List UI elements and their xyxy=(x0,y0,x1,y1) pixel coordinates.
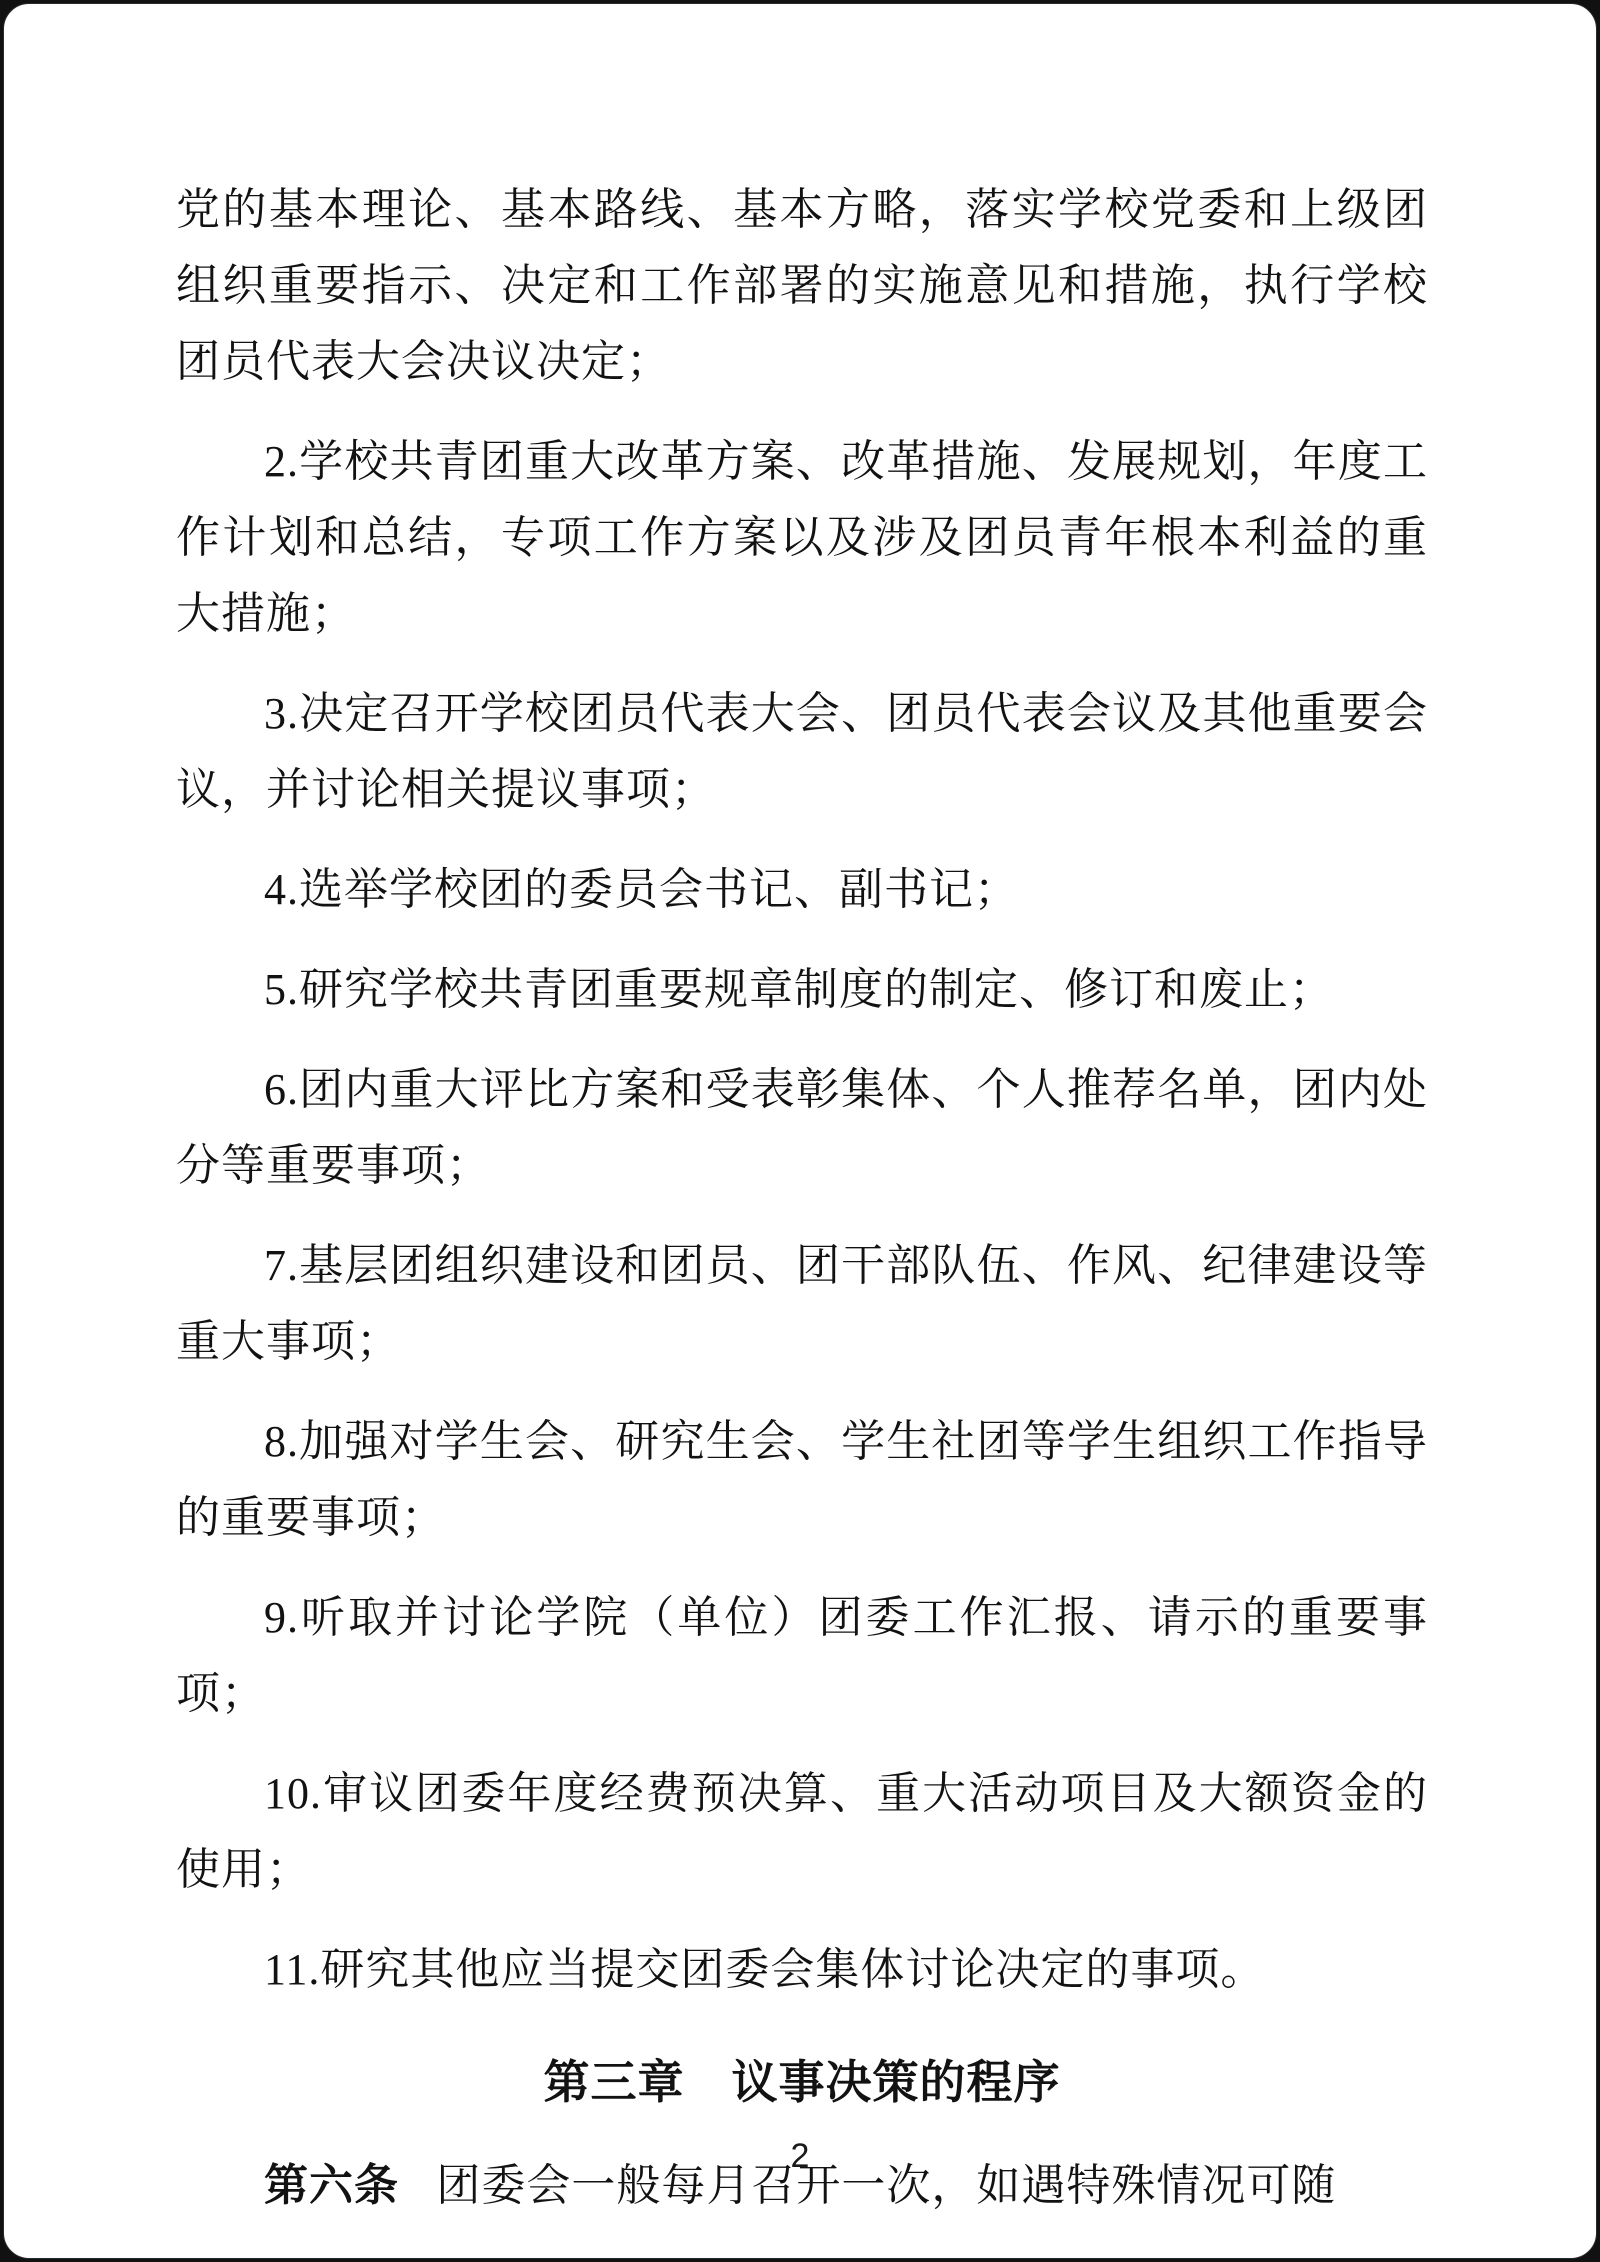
list-item-10: 10.审议团委年度经费预决算、重大活动项目及大额资金的使用； xyxy=(176,1756,1428,1908)
list-item-7: 7.基层团组织建设和团员、团干部队伍、作风、纪律建设等重大事项； xyxy=(176,1228,1428,1380)
list-item-11: 11.研究其他应当提交团委会集体讨论决定的事项。 xyxy=(176,1932,1428,2008)
page-number: 2 xyxy=(4,2137,1596,2176)
list-item-9: 9.听取并讨论学院（单位）团委工作汇报、请示的重要事项； xyxy=(176,1580,1428,1732)
list-item-2: 2.学校共青团重大改革方案、改革措施、发展规划，年度工作计划和总结，专项工作方案… xyxy=(176,424,1428,652)
list-item-8: 8.加强对学生会、研究生会、学生社团等学生组织工作指导的重要事项； xyxy=(176,1404,1428,1556)
list-item-5: 5.研究学校共青团重要规章制度的制定、修订和废止； xyxy=(176,952,1428,1028)
document-page: 党的基本理论、基本路线、基本方略，落实学校党委和上级团组织重要指示、决定和工作部… xyxy=(3,3,1597,2259)
paragraph-continuation: 党的基本理论、基本路线、基本方略，落实学校党委和上级团组织重要指示、决定和工作部… xyxy=(176,172,1428,400)
list-item-4: 4.选举学校团的委员会书记、副书记； xyxy=(176,852,1428,928)
list-item-3: 3.决定召开学校团员代表大会、团员代表会议及其他重要会议，并讨论相关提议事项； xyxy=(176,676,1428,828)
document-body: 党的基本理论、基本路线、基本方略，落实学校党委和上级团组织重要指示、决定和工作部… xyxy=(176,172,1428,2224)
list-item-6: 6.团内重大评比方案和受表彰集体、个人推荐名单，团内处分等重要事项； xyxy=(176,1052,1428,1204)
chapter-heading: 第三章 议事决策的程序 xyxy=(176,2044,1428,2120)
